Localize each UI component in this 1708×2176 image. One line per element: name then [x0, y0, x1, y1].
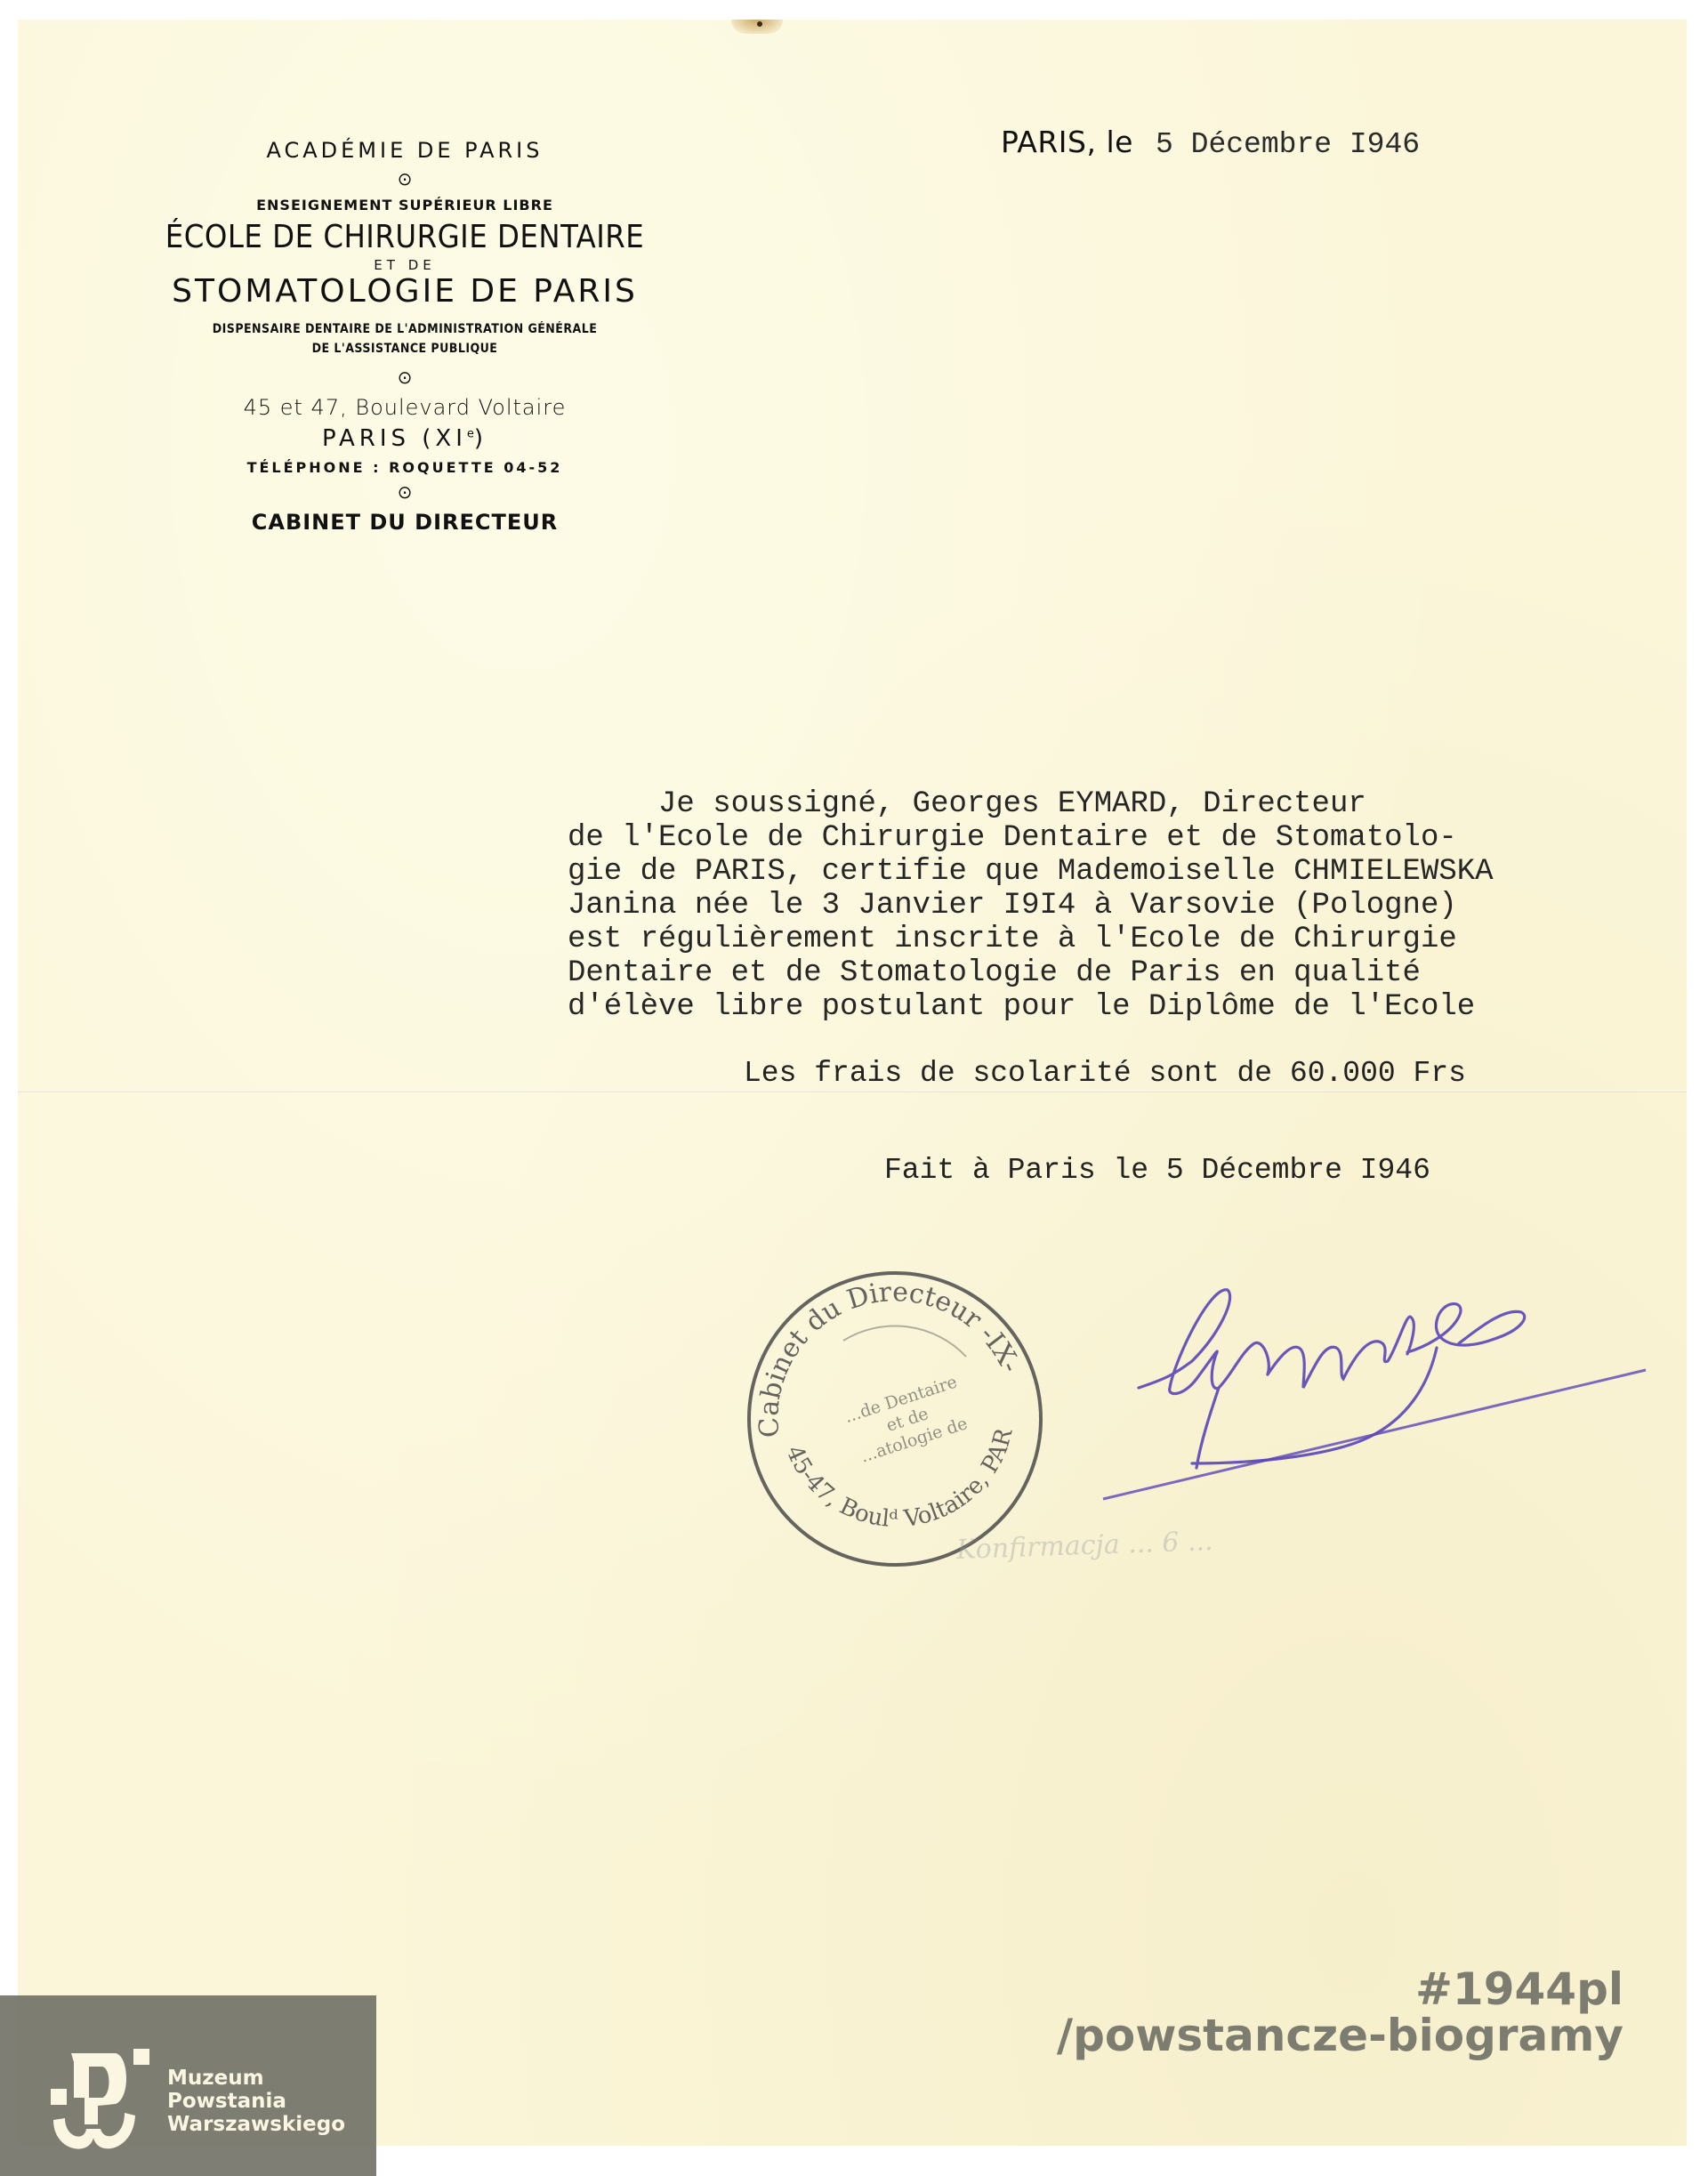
date-printed-prefix: PARIS, le	[1001, 125, 1133, 159]
fold-line	[18, 1090, 1687, 1092]
body-line: gie de PARIS, certifie que Mademoiselle …	[568, 855, 1591, 889]
body-line: Dentaire et de Stomatologie de Paris en …	[568, 956, 1591, 990]
letterhead-dispensaire-2: DE L'ASSISTANCE PUBLIQUE	[173, 342, 637, 356]
date-typed: 5 Décembre I946	[1156, 128, 1420, 161]
letterhead-address: 45 et 47, Boulevard Voltaire	[147, 395, 663, 420]
letterhead-stomatologie: STOMATOLOGIE DE PARIS	[147, 273, 663, 310]
fees-line: Les frais de scolarité sont de 60.000 Fr…	[744, 1057, 1466, 1090]
date-line: PARIS, le 5 Décembre I946	[1001, 125, 1420, 161]
museum-logo: Muzeum Powstania Warszawskiego	[0, 1995, 376, 2176]
body-line: Janina née le 3 Janvier I9I4 à Varsovie …	[568, 889, 1591, 923]
watermark-path: /powstancze-biogramy	[1057, 2012, 1623, 2059]
watermark: #1944pl /powstancze-biogramy	[1057, 1966, 1623, 2059]
ornament-icon: ⊙	[147, 170, 663, 188]
body-line: d'élève libre postulant pour le Diplôme …	[568, 990, 1591, 1024]
fait-line: Fait à Paris le 5 Décembre I946	[884, 1154, 1430, 1187]
museum-name: Muzeum Powstania Warszawskiego	[167, 2067, 345, 2136]
letterhead-enseignement: ENSEIGNEMENT SUPÉRIEUR LIBRE	[147, 197, 663, 214]
letterhead-ecole: ÉCOLE DE CHIRURGIE DENTAIRE	[147, 219, 663, 255]
ornament-icon: ⊙	[147, 368, 663, 386]
watermark-hashtag: #1944pl	[1057, 1966, 1623, 2012]
letterhead-et-de: ET DE	[147, 257, 663, 273]
letterhead-cabinet: CABINET DU DIRECTEUR	[147, 510, 663, 535]
paper-stain-dot	[757, 21, 762, 27]
body-line: est régulièrement inscrite à l'Ecole de …	[568, 923, 1591, 956]
letterhead: ACADÉMIE DE PARIS ⊙ ENSEIGNEMENT SUPÉRIE…	[147, 133, 663, 535]
letterhead-academie: ACADÉMIE DE PARIS	[147, 138, 663, 163]
certificate-body: Je soussigné, Georges EYMARD, Directeur …	[568, 787, 1591, 1024]
body-line: Je soussigné, Georges EYMARD, Directeur	[568, 787, 1591, 821]
letterhead-telephone: TÉLÉPHONE : ROQUETTE 04-52	[147, 459, 663, 476]
signature-icon	[1085, 1263, 1655, 1512]
letterhead-city: PARIS (XIe)	[147, 425, 663, 452]
letterhead-dispensaire-1: DISPENSAIRE DENTAIRE DE L'ADMINISTRATION…	[173, 322, 637, 336]
kotwica-anchor-icon	[49, 2049, 151, 2156]
body-line: de l'Ecole de Chirurgie Dentaire et de S…	[568, 821, 1591, 855]
ornament-icon: ⊙	[147, 483, 663, 501]
